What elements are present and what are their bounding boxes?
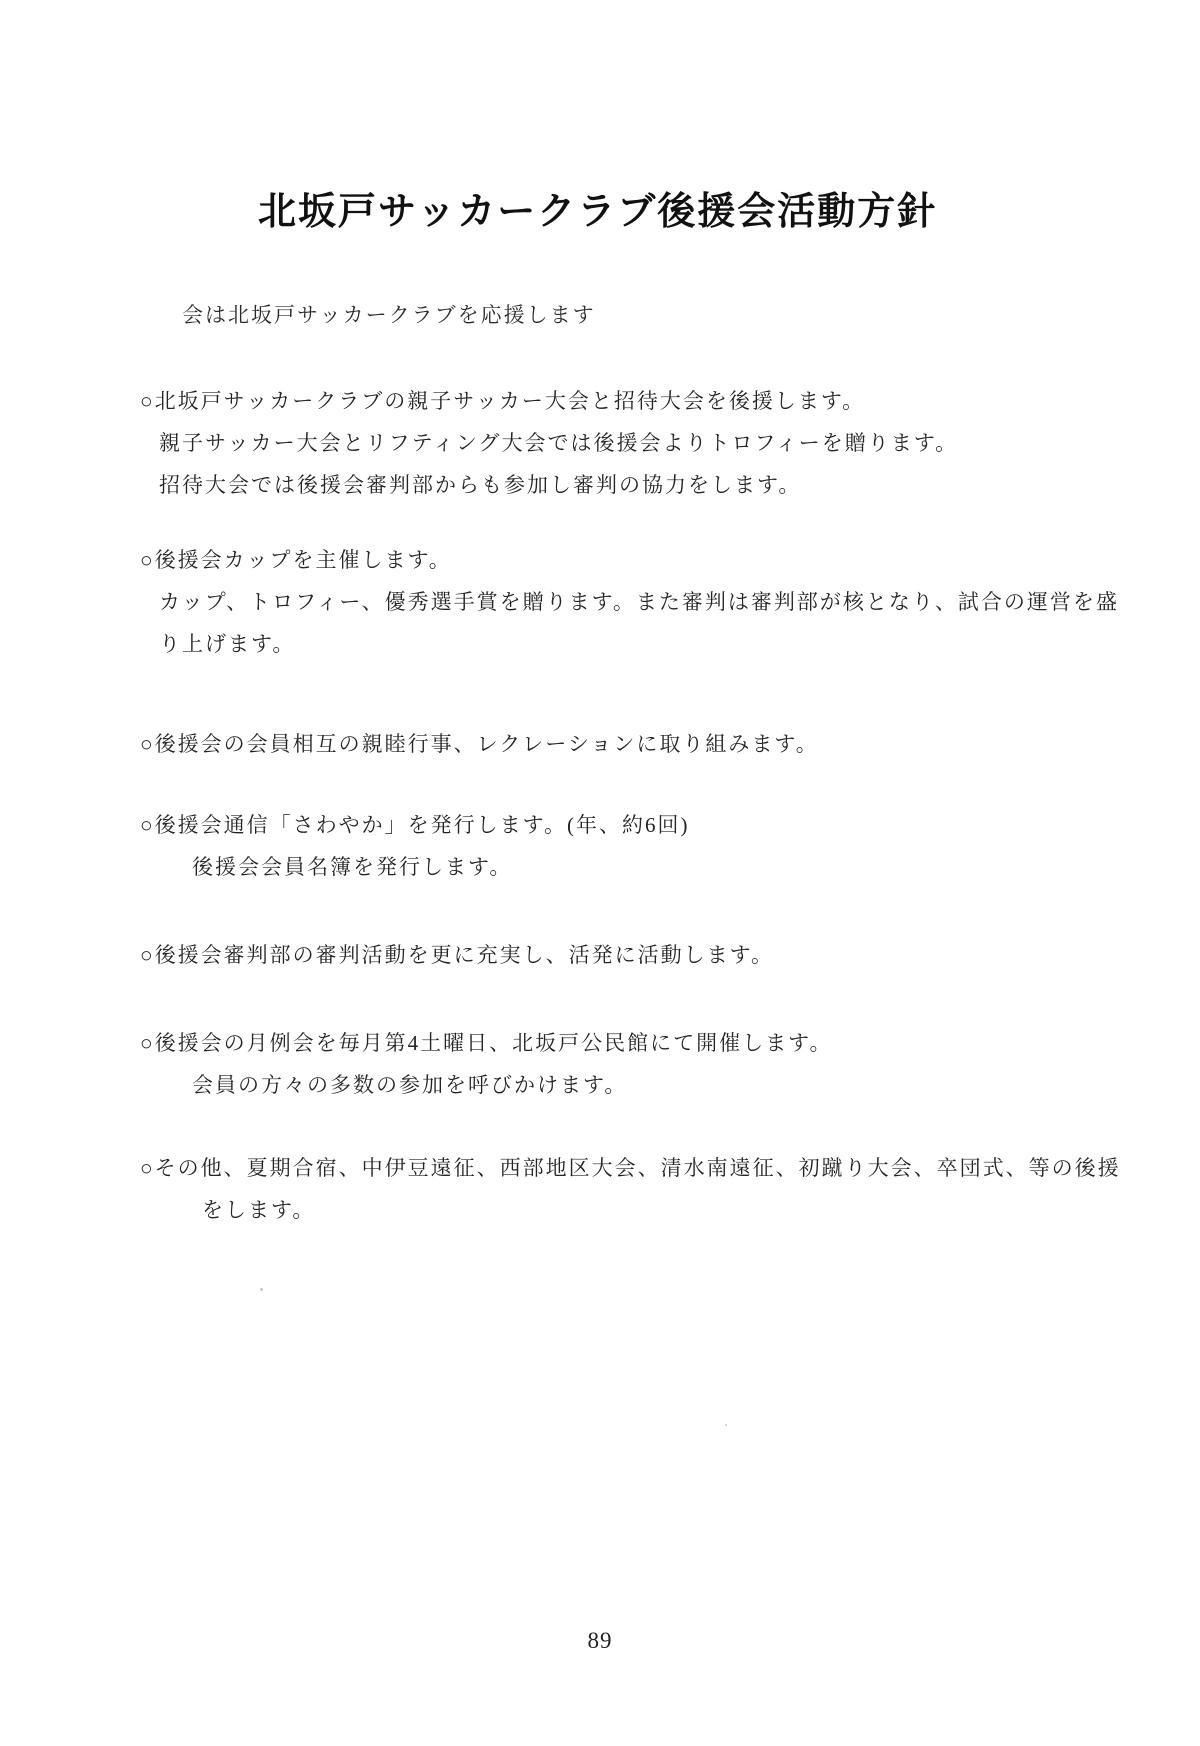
line-text: り上げます。: [159, 632, 295, 656]
policy-section: ○後援会審判部の審判活動を更に充実し、活発に活動します。: [140, 934, 1160, 976]
continuation-line: り上げます。: [159, 623, 1160, 665]
document-content: 北坂戸サッカークラブ後援会活動方針 会は北坂戸サッカークラブを応援します ○北坂…: [140, 0, 1160, 1231]
intro-line: 会は北坂戸サッカークラブを応援します: [182, 294, 1160, 336]
policy-section: ○その他、夏期合宿、中伊豆遠征、西部地区大会、清水南遠征、初蹴り大会、卒団式、等…: [140, 1147, 1160, 1231]
policy-section: ○後援会の会員相互の親睦行事、レクレーションに取り組みます。: [140, 723, 1160, 765]
continuation-line: をします。: [202, 1189, 1160, 1231]
line-text: 会員の方々の多数の参加を呼びかけます。: [192, 1073, 627, 1097]
policy-section: ○北坂戸サッカークラブの親子サッカー大会と招待大会を後援します。親子サッカー大会…: [140, 380, 1160, 506]
continuation-line: 親子サッカー大会とリフティング大会では後援会よりトロフィーを贈ります。: [159, 422, 1160, 464]
page-title: 北坂戸サッカークラブ後援会活動方針: [258, 0, 1160, 238]
bullet-line: ○後援会の月例会を毎月第4土曜日、北坂戸公民館にて開催します。: [140, 1022, 1160, 1064]
continuation-line: 後援会会員名簿を発行します。: [192, 846, 1160, 888]
continuation-line: 会員の方々の多数の参加を呼びかけます。: [192, 1064, 1160, 1106]
bullet-line: ○後援会通信「さわやか」を発行します。(年、約6回): [140, 804, 1160, 846]
bullet-line: ○その他、夏期合宿、中伊豆遠征、西部地区大会、清水南遠征、初蹴り大会、卒団式、等…: [140, 1147, 1160, 1189]
line-text: 後援会会員名簿を発行します。: [192, 855, 512, 879]
bullet-line: ○後援会の会員相互の親睦行事、レクレーションに取り組みます。: [140, 723, 1160, 765]
line-text: その他、夏期合宿、中伊豆遠征、西部地区大会、清水南遠征、初蹴り大会、卒団式、等の…: [155, 1156, 1121, 1180]
circle-bullet-icon: ○: [140, 813, 155, 837]
line-text: 招待大会では後援会審判部からも参加し審判の協力をします。: [159, 473, 801, 497]
policy-section: ○後援会カップを主催します。カップ、トロフィー、優秀選手賞を贈ります。また審判は…: [140, 539, 1160, 665]
continuation-line: カップ、トロフィー、優秀選手賞を贈ります。また審判は審判部が核となり、試合の運営…: [159, 581, 1160, 623]
line-text: をします。: [202, 1198, 315, 1222]
circle-bullet-icon: ○: [140, 548, 155, 572]
line-text: 後援会通信「さわやか」を発行します。(年、約6回): [155, 813, 690, 837]
policy-section: ○後援会の月例会を毎月第4土曜日、北坂戸公民館にて開催します。会員の方々の多数の…: [140, 1022, 1160, 1106]
page-number: 89: [0, 1628, 1200, 1654]
circle-bullet-icon: ○: [140, 1031, 155, 1055]
line-text: 後援会の会員相互の親睦行事、レクレーションに取り組みます。: [155, 732, 819, 756]
line-text: 北坂戸サッカークラブの親子サッカー大会と招待大会を後援します。: [155, 389, 865, 413]
line-text: 後援会カップを主催します。: [155, 548, 452, 572]
circle-bullet-icon: ○: [140, 943, 155, 967]
bullet-line: ○後援会審判部の審判活動を更に充実し、活発に活動します。: [140, 934, 1160, 976]
policy-sections: ○北坂戸サッカークラブの親子サッカー大会と招待大会を後援します。親子サッカー大会…: [140, 380, 1160, 1231]
continuation-line: 招待大会では後援会審判部からも参加し審判の協力をします。: [159, 464, 1160, 506]
bullet-line: ○北坂戸サッカークラブの親子サッカー大会と招待大会を後援します。: [140, 380, 1160, 422]
line-text: 後援会審判部の審判活動を更に充実し、活発に活動します。: [155, 943, 774, 967]
policy-section: ○後援会通信「さわやか」を発行します。(年、約6回)後援会会員名簿を発行します。: [140, 804, 1160, 888]
circle-bullet-icon: ○: [140, 1156, 155, 1180]
circle-bullet-icon: ○: [140, 732, 155, 756]
bullet-line: ○後援会カップを主催します。: [140, 539, 1160, 581]
circle-bullet-icon: ○: [140, 389, 155, 413]
scan-speck: [725, 1424, 727, 1426]
line-text: カップ、トロフィー、優秀選手賞を贈ります。また審判は審判部が核となり、試合の運営…: [159, 590, 1119, 614]
document-page: 北坂戸サッカークラブ後援会活動方針 会は北坂戸サッカークラブを応援します ○北坂…: [0, 0, 1200, 1746]
line-text: 後援会の月例会を毎月第4土曜日、北坂戸公民館にて開催します。: [155, 1031, 833, 1055]
scan-speck: [260, 1288, 263, 1291]
line-text: 親子サッカー大会とリフティング大会では後援会よりトロフィーを贈ります。: [159, 431, 958, 455]
